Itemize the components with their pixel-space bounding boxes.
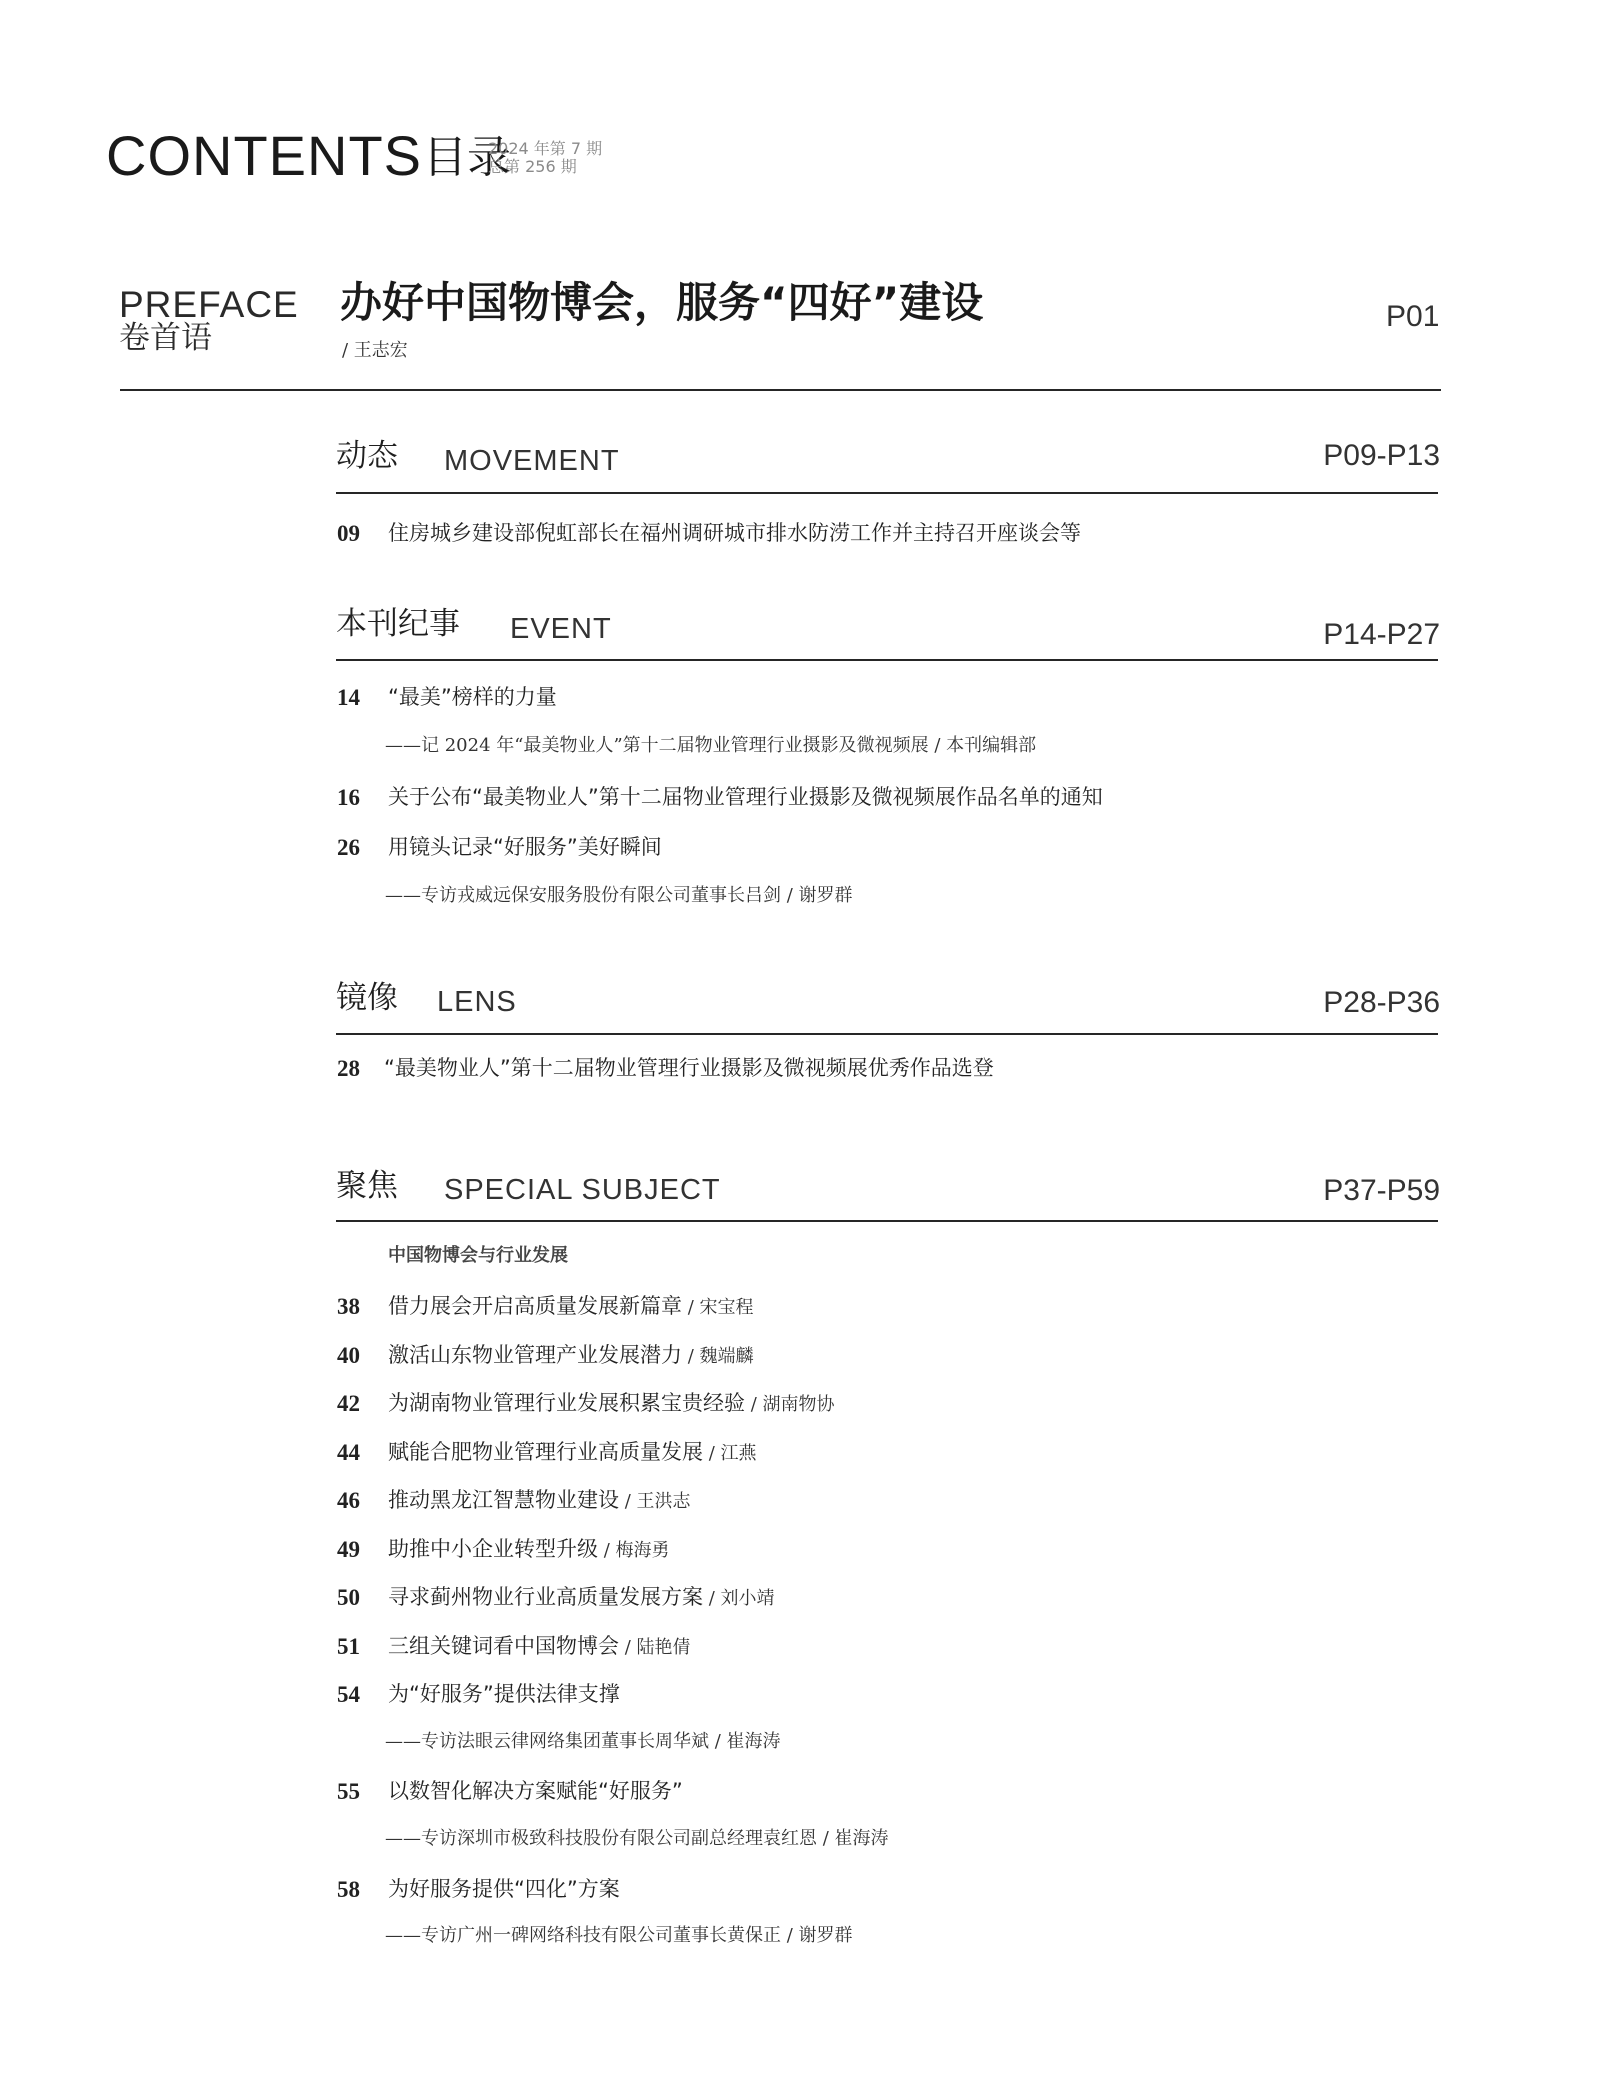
- article-author: / 江燕: [703, 1443, 757, 1464]
- article-title[interactable]: 为湖南物业管理行业发展积累宝贵经验 / 湖南物协: [388, 1393, 835, 1414]
- item-page-number: 54: [337, 1683, 360, 1706]
- article-author: / 刘小靖: [703, 1588, 775, 1609]
- article-title[interactable]: 住房城乡建设部倪虹部长在福州调研城市排水防涝工作并主持召开座谈会等: [388, 523, 1081, 544]
- preface-label-en: PREFACE: [119, 286, 299, 323]
- article-subtitle: ——专访法眼云律网络集团董事长周华斌 / 崔海涛: [385, 1733, 781, 1751]
- section-divider: [336, 492, 1438, 494]
- article-title[interactable]: 用镜头记录“好服务”美好瞬间: [388, 837, 662, 858]
- article-author: / 梅海勇: [598, 1540, 670, 1561]
- item-page-number: 28: [337, 1057, 360, 1080]
- item-page-number: 58: [337, 1878, 360, 1901]
- article-title[interactable]: 寻求蓟州物业行业高质量发展方案 / 刘小靖: [388, 1587, 775, 1608]
- article-subtitle: ——记 2024 年“最美物业人”第十二届物业管理行业摄影及微视频展 / 本刊编…: [385, 737, 1036, 755]
- preface-author: / 王志宏: [342, 342, 408, 360]
- issue-info: 2024 年第 7 期 总第 256 期: [488, 140, 602, 176]
- item-page-number: 26: [337, 836, 360, 859]
- section-divider: [336, 1220, 1438, 1222]
- article-author: / 宋宝程: [682, 1297, 754, 1318]
- section-divider: [336, 659, 1438, 661]
- item-page-number: 50: [337, 1586, 360, 1609]
- section-title-en: SPECIAL SUBJECT: [444, 1176, 721, 1205]
- item-page-number: 09: [337, 522, 360, 545]
- preface-title[interactable]: 办好中国物博会，服务“四好”建设: [340, 282, 983, 324]
- preface-label-cn: 卷首语: [119, 323, 212, 354]
- section-title-en: EVENT: [510, 615, 612, 644]
- item-page-number: 44: [337, 1441, 360, 1464]
- article-subtitle: ——专访深圳市极致科技股份有限公司副总经理袁红恩 / 崔海涛: [385, 1830, 889, 1848]
- article-title[interactable]: 赋能合肥物业管理行业高质量发展 / 江燕: [388, 1442, 757, 1463]
- article-title[interactable]: “最美物业人”第十二届物业管理行业摄影及微视频展优秀作品选登: [384, 1058, 994, 1079]
- article-title[interactable]: 关于公布“最美物业人”第十二届物业管理行业摄影及微视频展作品名单的通知: [388, 787, 1103, 808]
- section-title-en: MOVEMENT: [444, 447, 620, 476]
- item-page-number: 51: [337, 1635, 360, 1658]
- issue-total: 总第 256 期: [488, 158, 602, 176]
- article-subtitle: ——专访广州一碑网络科技有限公司董事长黄保正 / 谢罗群: [385, 1927, 853, 1945]
- issue-number: 2024 年第 7 期: [488, 140, 602, 158]
- section-pages: P37-P59: [1323, 1176, 1440, 1206]
- article-title[interactable]: 为好服务提供“四化”方案: [388, 1879, 620, 1900]
- section-pages: P14-P27: [1323, 620, 1440, 650]
- section-divider: [336, 1033, 1438, 1035]
- article-title[interactable]: 以数智化解决方案赋能“好服务”: [388, 1781, 683, 1802]
- item-page-number: 16: [337, 786, 360, 809]
- item-page-number: 46: [337, 1489, 360, 1512]
- section-title-cn: 动态: [336, 441, 398, 472]
- item-page-number: 38: [337, 1295, 360, 1318]
- article-author: / 湖南物协: [745, 1394, 835, 1415]
- section-subheading: 中国物博会与行业发展: [388, 1247, 568, 1265]
- article-title[interactable]: 激活山东物业管理产业发展潜力 / 魏端麟: [388, 1345, 754, 1366]
- article-author: / 魏端麟: [682, 1346, 754, 1367]
- item-page-number: 42: [337, 1392, 360, 1415]
- preface-divider: [120, 389, 1441, 391]
- article-author: / 王洪志: [619, 1491, 691, 1512]
- section-title-en: LENS: [437, 988, 517, 1017]
- article-title[interactable]: 助推中小企业转型升级 / 梅海勇: [388, 1539, 670, 1560]
- article-subtitle: ——专访戎威远保安服务股份有限公司董事长吕剑 / 谢罗群: [385, 887, 853, 905]
- item-page-number: 49: [337, 1538, 360, 1561]
- item-page-number: 55: [337, 1780, 360, 1803]
- article-title[interactable]: 推动黑龙江智慧物业建设 / 王洪志: [388, 1490, 691, 1511]
- article-title[interactable]: 借力展会开启高质量发展新篇章 / 宋宝程: [388, 1296, 754, 1317]
- article-title[interactable]: 为“好服务”提供法律支撑: [388, 1684, 620, 1705]
- item-page-number: 14: [337, 686, 360, 709]
- contents-heading-en: CONTENTS: [106, 128, 422, 184]
- preface-page: P01: [1386, 302, 1439, 332]
- article-title[interactable]: “最美”榜样的力量: [388, 687, 557, 708]
- article-author: / 陆艳倩: [619, 1637, 691, 1658]
- section-pages: P09-P13: [1323, 441, 1440, 471]
- item-page-number: 40: [337, 1344, 360, 1367]
- section-pages: P28-P36: [1323, 988, 1440, 1018]
- section-title-cn: 聚焦: [336, 1171, 398, 1202]
- section-title-cn: 镜像: [336, 983, 398, 1014]
- article-title[interactable]: 三组关键词看中国物博会 / 陆艳倩: [388, 1636, 691, 1657]
- section-title-cn: 本刊纪事: [336, 609, 460, 640]
